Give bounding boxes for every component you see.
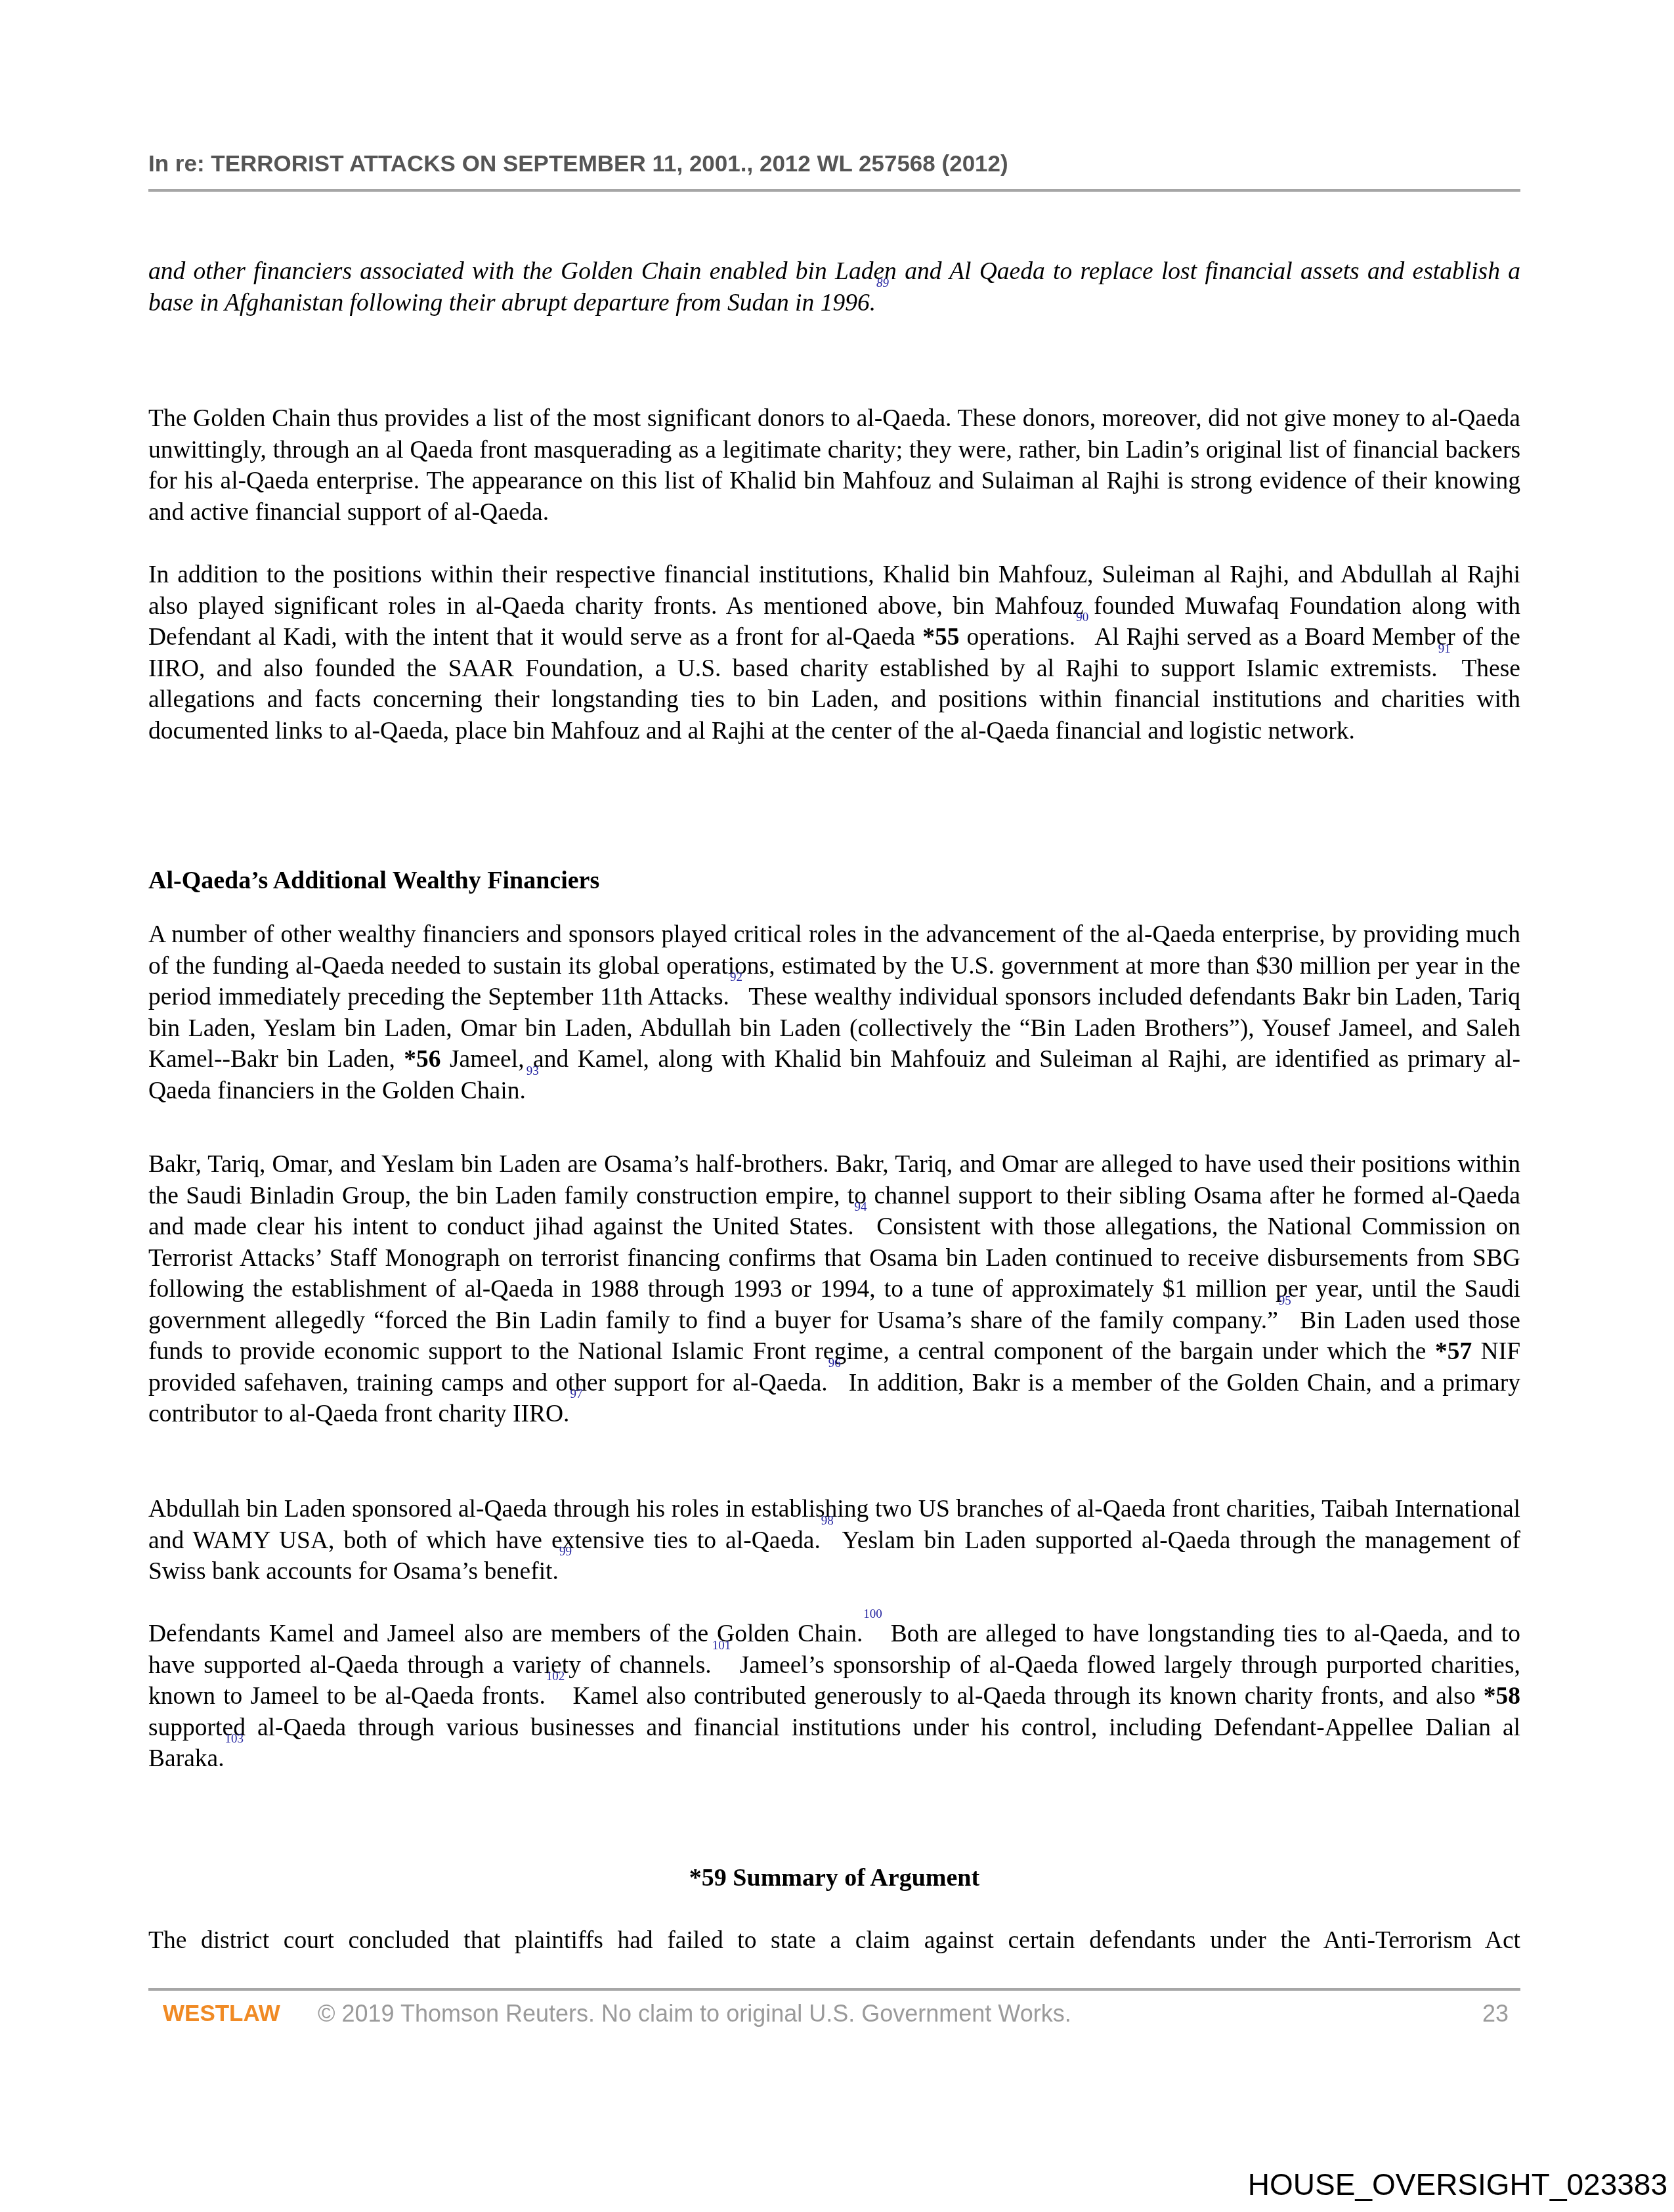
footnote-link-103[interactable]: 103 — [225, 1732, 244, 1746]
paragraph-text: Kamel also contributed generously to al-… — [565, 1683, 1483, 1710]
footnote-link-99[interactable]: 99 — [559, 1545, 572, 1559]
block-quote-text: and other financiers associated with the… — [148, 258, 1520, 316]
footnote-link-96[interactable]: 96 — [828, 1356, 841, 1370]
section-heading-wealthy-financiers: Al-Qaeda’s Additional Wealthy Financiers — [148, 865, 1520, 896]
footnote-link-100[interactable]: 100 — [863, 1607, 882, 1621]
running-header-title: In re: TERRORIST ATTACKS ON SEPTEMBER 11… — [148, 151, 1520, 177]
footnote-link-91[interactable]: 91 — [1438, 642, 1451, 656]
westlaw-logo: WESTLAW — [163, 1997, 280, 2030]
star-page-marker: *57 — [1435, 1338, 1472, 1365]
footnote-link-89[interactable]: 89 — [876, 276, 889, 290]
page-number: 23 — [1482, 1997, 1509, 2030]
paragraph-district-court: The district court concluded that plaint… — [148, 1925, 1520, 1957]
copyright-notice: © 2019 Thomson Reuters. No claim to orig… — [318, 1997, 1071, 2030]
footnote-link-102[interactable]: 102 — [546, 1670, 565, 1683]
paragraph-abdullah: Abdullah bin Laden sponsored al-Qaeda th… — [148, 1494, 1520, 1588]
paragraph-kamel-jameel: Defendants Kamel and Jameel also are mem… — [148, 1618, 1520, 1775]
page-footer: WESTLAW © 2019 Thomson Reuters. No claim… — [148, 1997, 1520, 2030]
paragraph-text: operations. — [960, 624, 1076, 651]
paragraph-text: The district court concluded that plaint… — [148, 1927, 1520, 1954]
section-heading-summary-of-argument: *59 Summary of Argument — [148, 1862, 1520, 1894]
footnote-link-94[interactable]: 94 — [855, 1200, 867, 1214]
star-page-marker: *58 — [1484, 1683, 1520, 1710]
star-page-marker: *55 — [922, 624, 959, 651]
paragraph-other-financiers: A number of other wealthy financiers and… — [148, 919, 1520, 1106]
footnote-link-98[interactable]: 98 — [821, 1514, 834, 1528]
paragraph-text: Defendants Kamel and Jameel also are mem… — [148, 1620, 863, 1647]
paragraph-golden-chain: The Golden Chain thus provides a list of… — [148, 403, 1520, 528]
block-quote: and other financiers associated with the… — [148, 256, 1520, 318]
paragraph-positions: In addition to the positions within thei… — [148, 559, 1520, 747]
footnote-link-92[interactable]: 92 — [730, 970, 742, 984]
paragraph-text: The Golden Chain thus provides a list of… — [148, 405, 1520, 526]
paragraph-text: supported al-Qaeda through various busin… — [148, 1714, 1520, 1773]
footnote-link-93[interactable]: 93 — [526, 1064, 539, 1078]
footnote-link-95[interactable]: 95 — [1279, 1294, 1291, 1308]
footnote-link-90[interactable]: 90 — [1076, 611, 1088, 624]
footer-divider — [148, 1988, 1520, 1991]
footnote-link-101[interactable]: 101 — [712, 1639, 731, 1653]
document-page: In re: TERRORIST ATTACKS ON SEPTEMBER 11… — [0, 0, 1674, 2212]
star-page-marker: *56 — [404, 1046, 440, 1073]
paragraph-half-brothers: Bakr, Tariq, Omar, and Yeslam bin Laden … — [148, 1149, 1520, 1430]
footnote-link-97[interactable]: 97 — [570, 1387, 582, 1401]
header-divider — [148, 189, 1520, 192]
bates-stamp: HOUSE_OVERSIGHT_023383 — [1248, 2167, 1667, 2202]
